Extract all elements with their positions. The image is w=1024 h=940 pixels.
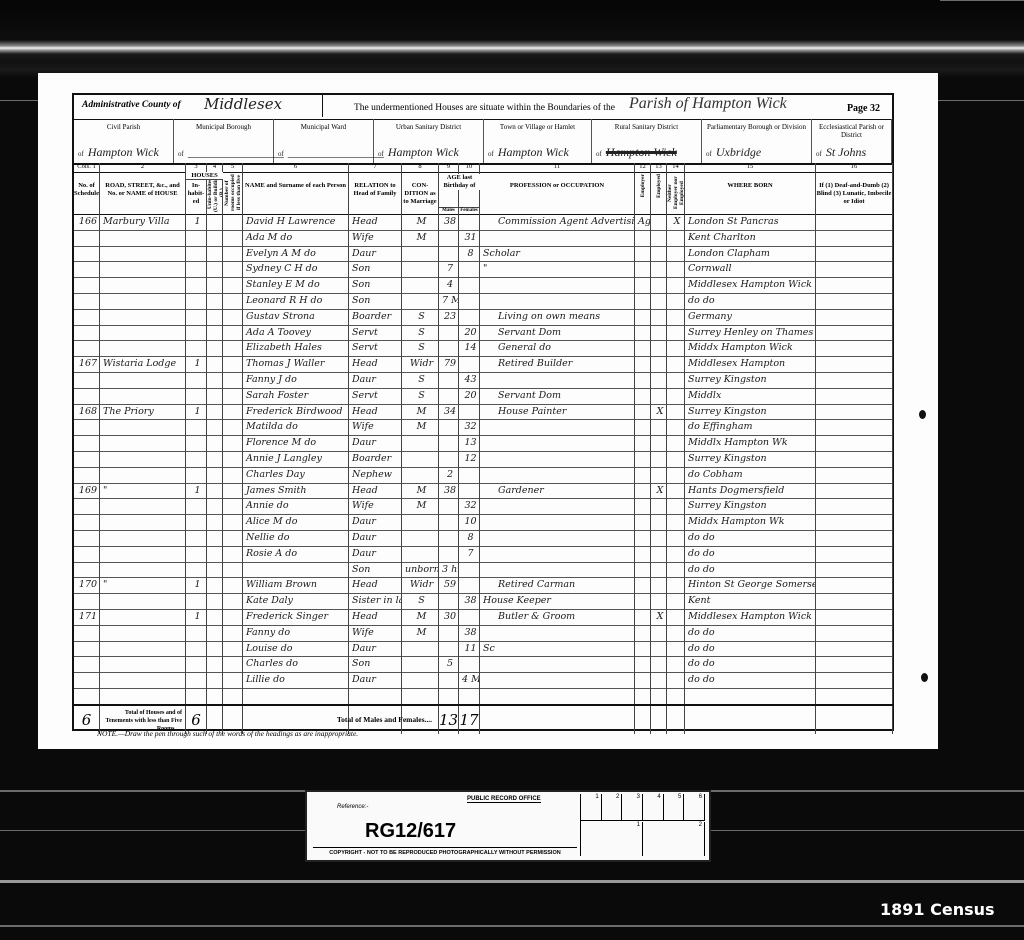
cell-condition: M	[402, 483, 439, 499]
cell-neither	[667, 404, 685, 420]
district-value: of________________	[178, 145, 284, 160]
cell-male-age	[439, 593, 459, 609]
cell-employer	[635, 514, 651, 530]
admin-county-value: Middlesex	[204, 95, 282, 113]
cell-occupation	[480, 230, 635, 246]
cell-born: Kent	[685, 593, 816, 609]
cell-rooms	[223, 214, 243, 230]
district-label: Parliamentary Borough or Division	[702, 119, 811, 131]
cell-condition	[402, 435, 439, 451]
punch-hole	[921, 673, 928, 682]
column-header-name: NAME and Surname of each Person	[243, 172, 349, 214]
cell-inhabited	[186, 293, 207, 309]
cell-name: Thomas J Waller	[243, 356, 349, 372]
cell-relation: Boarder	[349, 309, 402, 325]
cell-condition	[402, 546, 439, 562]
cell-employer	[635, 546, 651, 562]
cell-male-age	[439, 672, 459, 688]
cell-house	[100, 688, 186, 704]
cell-name: Nellie do	[243, 530, 349, 546]
of-prefix: of	[78, 150, 84, 158]
cell-schedule	[74, 230, 100, 246]
cell-inhabited	[186, 562, 207, 578]
cell-infirmity	[816, 372, 893, 388]
cell-neither	[667, 325, 685, 341]
cell-employer	[635, 261, 651, 277]
total-employer	[635, 706, 651, 734]
district-label: Municipal Borough	[174, 119, 273, 131]
cell-relation: Daur	[349, 672, 402, 688]
cell-condition	[402, 641, 439, 657]
cell-condition	[402, 656, 439, 672]
cell-house	[100, 593, 186, 609]
cell-house	[100, 546, 186, 562]
cell-uninhabited	[207, 261, 223, 277]
column-header-text: No. of Schedule	[74, 172, 99, 198]
cell-rooms	[223, 435, 243, 451]
cell-inhabited	[186, 435, 207, 451]
cell-uninhabited	[207, 309, 223, 325]
of-prefix: of	[706, 150, 712, 158]
cell-employed	[651, 451, 667, 467]
cell-rooms	[223, 609, 243, 625]
ruler-cm-mark: 2	[602, 794, 623, 820]
cell-house	[100, 277, 186, 293]
cell-rooms	[223, 641, 243, 657]
cell-rooms	[223, 656, 243, 672]
column-header-occupation: PROFESSION or OCCUPATION	[480, 172, 635, 214]
cell-relation: Son	[349, 277, 402, 293]
total-neither	[667, 706, 685, 734]
cell-schedule	[74, 530, 100, 546]
cell-neither	[667, 372, 685, 388]
table-row: Lillie doDaur4 Modo do	[74, 672, 892, 689]
cell-occupation	[480, 546, 635, 562]
cell-rooms	[223, 261, 243, 277]
cell-employed	[651, 546, 667, 562]
cell-infirmity	[816, 625, 893, 641]
cell-born: Surrey Kingston	[685, 404, 816, 420]
column-header-condition: CON-DITION as to Marriage	[402, 172, 439, 214]
cell-employer	[635, 372, 651, 388]
district-value-text: Hampton Wick	[388, 145, 459, 159]
cell-neither	[667, 246, 685, 262]
cell-employer	[635, 688, 651, 704]
cell-schedule	[74, 514, 100, 530]
cell-schedule	[74, 277, 100, 293]
cell-rooms	[223, 577, 243, 593]
cell-condition	[402, 467, 439, 483]
cell-relation: Daur	[349, 372, 402, 388]
cell-born: do Effingham	[685, 419, 816, 435]
cell-relation: Daur	[349, 530, 402, 546]
cell-name: Fanny J do	[243, 372, 349, 388]
cell-infirmity	[816, 672, 893, 688]
cell-occupation	[480, 688, 635, 704]
cell-born: Middlx	[685, 388, 816, 404]
cell-employed	[651, 293, 667, 309]
cell-uninhabited	[207, 609, 223, 625]
column-number: 10	[459, 163, 480, 172]
cell-condition	[402, 293, 439, 309]
total-infirmity	[816, 706, 893, 734]
cell-born: do Cobham	[685, 467, 816, 483]
cell-female-age	[459, 293, 480, 309]
cell-house	[100, 625, 186, 641]
cell-neither	[667, 514, 685, 530]
cell-neither	[667, 419, 685, 435]
cell-rooms	[223, 293, 243, 309]
cell-male-age	[439, 340, 459, 356]
cell-house	[100, 562, 186, 578]
cell-rooms	[223, 356, 243, 372]
district-cell: Ecclesiastical Parish or DistrictofSt Jo…	[812, 119, 892, 163]
column-number: 7	[349, 163, 402, 172]
table-row: Sonunborn3 hrsdo do	[74, 562, 892, 579]
cell-schedule	[74, 593, 100, 609]
cell-infirmity	[816, 230, 893, 246]
cell-name: Gustav Strona	[243, 309, 349, 325]
cell-name: Charles Day	[243, 467, 349, 483]
district-label: Civil Parish	[74, 119, 173, 131]
cell-female-age	[459, 356, 480, 372]
cell-female-age: 4 Mo	[459, 672, 480, 688]
cell-rooms	[223, 372, 243, 388]
cell-born: Hinton St George Somerset	[685, 577, 816, 593]
cell-employed	[651, 625, 667, 641]
cell-house	[100, 467, 186, 483]
district-row: Civil ParishofHampton WickMunicipal Boro…	[74, 119, 892, 165]
table-row: Sarah FosterServtS20Servant DomMiddlx	[74, 388, 892, 405]
cell-employer	[635, 467, 651, 483]
cell-male-age	[439, 388, 459, 404]
cell-house	[100, 609, 186, 625]
cell-neither	[667, 562, 685, 578]
cell-born: Middx Hampton Wick	[685, 340, 816, 356]
cell-male-age: 23	[439, 309, 459, 325]
cell-uninhabited	[207, 577, 223, 593]
cell-name: Elizabeth Hales	[243, 340, 349, 356]
cell-house	[100, 530, 186, 546]
cell-condition: unborn	[402, 562, 439, 578]
ruler-cm-mark: 4	[643, 794, 664, 820]
cell-relation: Head	[349, 609, 402, 625]
cell-employer	[635, 230, 651, 246]
cell-name: Lillie do	[243, 672, 349, 688]
column-number: 9	[439, 163, 459, 172]
column-number: 5	[223, 163, 243, 172]
cell-female-age: 20	[459, 388, 480, 404]
cell-condition	[402, 451, 439, 467]
cell-employer	[635, 672, 651, 688]
cell-female-age	[459, 688, 480, 704]
cell-relation: Sister in law	[349, 593, 402, 609]
cell-house	[100, 641, 186, 657]
cell-neither	[667, 277, 685, 293]
cell-rooms	[223, 625, 243, 641]
district-value-text: St Johns	[826, 145, 866, 159]
cell-uninhabited	[207, 293, 223, 309]
cell-employed	[651, 246, 667, 262]
cell-female-age: 43	[459, 372, 480, 388]
cell-male-age: 3 hrs	[439, 562, 459, 578]
district-cell: Rural Sanitary DistrictofHampton Wick	[592, 119, 702, 163]
cell-inhabited: 1	[186, 214, 207, 230]
table-row: Rosie A doDaur7do do	[74, 546, 892, 563]
cell-schedule: 170	[74, 577, 100, 593]
cell-condition: M	[402, 498, 439, 514]
cell-inhabited	[186, 641, 207, 657]
cell-female-age: 31	[459, 230, 480, 246]
cell-male-age	[439, 246, 459, 262]
cell-schedule: 171	[74, 609, 100, 625]
cell-infirmity	[816, 261, 893, 277]
cell-female-age	[459, 656, 480, 672]
cell-name: Annie J Langley	[243, 451, 349, 467]
cell-female-age: 14	[459, 340, 480, 356]
cell-employer	[635, 293, 651, 309]
cell-inhabited	[186, 451, 207, 467]
district-cell: Municipal Wardof________________	[274, 119, 374, 163]
cell-male-age	[439, 372, 459, 388]
cell-condition: M	[402, 214, 439, 230]
cell-uninhabited	[207, 467, 223, 483]
cell-employer	[635, 340, 651, 356]
cell-employer	[635, 388, 651, 404]
cell-born: Surrey Kingston	[685, 372, 816, 388]
table-row: Matilda doWifeM32do Effingham	[74, 419, 892, 436]
cell-name: Matilda do	[243, 419, 349, 435]
cell-inhabited	[186, 546, 207, 562]
column-number: 2	[100, 163, 186, 172]
cell-schedule	[74, 467, 100, 483]
reference-card: Reference:- RG12/617 PUBLIC RECORD OFFIC…	[305, 790, 711, 862]
cell-employer	[635, 593, 651, 609]
cell-relation: Head	[349, 356, 402, 372]
cell-rooms	[223, 483, 243, 499]
cell-rooms	[223, 451, 243, 467]
cell-condition	[402, 530, 439, 546]
cell-house	[100, 309, 186, 325]
cell-employed	[651, 656, 667, 672]
cell-infirmity	[816, 451, 893, 467]
cell-occupation: Butler & Groom	[480, 609, 635, 625]
cell-schedule	[74, 246, 100, 262]
cell-employer	[635, 404, 651, 420]
cell-condition	[402, 277, 439, 293]
district-value-text: Hampton Wick	[606, 145, 677, 159]
cell-born: do do	[685, 656, 816, 672]
punch-hole	[919, 410, 926, 419]
cell-house	[100, 230, 186, 246]
cell-occupation: Retired Carman	[480, 577, 635, 593]
cell-house	[100, 672, 186, 688]
district-value: ofUxbridge	[706, 145, 761, 160]
cell-schedule	[74, 688, 100, 704]
cell-neither	[667, 546, 685, 562]
cell-occupation: General do	[480, 340, 635, 356]
cell-uninhabited	[207, 483, 223, 499]
column-header-born: WHERE BORN	[685, 172, 816, 214]
cell-relation: Daur	[349, 641, 402, 657]
cell-name: Louise do	[243, 641, 349, 657]
cell-name: Ada M do	[243, 230, 349, 246]
cell-inhabited	[186, 593, 207, 609]
cell-born: London Clapham	[685, 246, 816, 262]
table-row: 169"1James SmithHeadM38GardenerXHants Do…	[74, 483, 892, 500]
cell-born: Germany	[685, 309, 816, 325]
cell-employer	[635, 498, 651, 514]
scan-stripe	[940, 0, 1024, 1]
cell-condition	[402, 688, 439, 704]
district-value: of________________	[278, 145, 384, 160]
cell-neither	[667, 451, 685, 467]
cell-condition: M	[402, 609, 439, 625]
cell-born: Surrey Henley on Thames	[685, 325, 816, 341]
cell-male-age	[439, 230, 459, 246]
cell-rooms	[223, 467, 243, 483]
cell-female-age: 8	[459, 246, 480, 262]
cell-house: Marbury Villa	[100, 214, 186, 230]
cell-female-age: 8	[459, 530, 480, 546]
column-number: 13	[651, 163, 667, 172]
cell-infirmity	[816, 293, 893, 309]
situate-text: The undermentioned Houses are situate wi…	[354, 103, 615, 113]
cell-occupation	[480, 625, 635, 641]
cell-infirmity	[816, 388, 893, 404]
cell-name: Frederick Singer	[243, 609, 349, 625]
of-prefix: of	[816, 150, 822, 158]
admin-county-box: Administrative County of Middlesex	[74, 95, 323, 117]
houses-header: HOUSES	[186, 172, 223, 180]
cell-schedule: 169	[74, 483, 100, 499]
cell-relation: Son	[349, 656, 402, 672]
table-row: Gustav StronaBoarderS23Living on own mea…	[74, 309, 892, 326]
cell-condition	[402, 261, 439, 277]
cell-occupation	[480, 562, 635, 578]
district-value-text: Hampton Wick	[498, 145, 569, 159]
district-value-text: Hampton Wick	[88, 145, 159, 159]
cell-schedule: 166	[74, 214, 100, 230]
cell-male-age	[439, 641, 459, 657]
cell-schedule: 167	[74, 356, 100, 372]
cell-female-age: 32	[459, 498, 480, 514]
cell-rooms	[223, 546, 243, 562]
cell-condition: S	[402, 388, 439, 404]
cell-neither	[667, 593, 685, 609]
cell-uninhabited	[207, 404, 223, 420]
cell-house	[100, 372, 186, 388]
cell-employer	[635, 246, 651, 262]
of-prefix: of	[378, 150, 384, 158]
cell-house: "	[100, 577, 186, 593]
cell-male-age: 7 Mo	[439, 293, 459, 309]
form-header: Administrative County of Middlesex The u…	[74, 95, 892, 120]
cell-schedule	[74, 419, 100, 435]
cell-schedule	[74, 261, 100, 277]
cell-infirmity	[816, 356, 893, 372]
cell-male-age: 30	[439, 609, 459, 625]
cell-relation: Son	[349, 261, 402, 277]
table-row: 170"1William BrownHeadWidr59Retired Carm…	[74, 577, 892, 594]
cell-female-age	[459, 404, 480, 420]
cell-neither	[667, 356, 685, 372]
cell-male-age	[439, 688, 459, 704]
cell-inhabited	[186, 246, 207, 262]
cell-male-age: 5	[439, 656, 459, 672]
cell-uninhabited	[207, 435, 223, 451]
cell-uninhabited	[207, 214, 223, 230]
cell-neither	[667, 388, 685, 404]
cell-house	[100, 514, 186, 530]
ruler-cm-mark: 1	[581, 794, 602, 820]
cell-house	[100, 325, 186, 341]
table-row: 1711Frederick SingerHeadM30Butler & Groo…	[74, 609, 892, 626]
column-header-rooms: Number of rooms occupied if less than fi…	[223, 172, 243, 214]
cell-neither	[667, 641, 685, 657]
district-cell: Civil ParishofHampton Wick	[74, 119, 174, 163]
cell-infirmity	[816, 483, 893, 499]
form-note: NOTE.—Draw the pen through such of the w…	[97, 729, 358, 738]
cell-inhabited	[186, 514, 207, 530]
cell-employer	[635, 419, 651, 435]
column-header-relation: RELATION to Head of Family	[349, 172, 402, 214]
cell-female-age	[459, 309, 480, 325]
cell-born: Middlx Hampton Wk	[685, 435, 816, 451]
admin-county-label: Administrative County of	[82, 100, 181, 110]
cell-occupation	[480, 451, 635, 467]
cell-schedule	[74, 546, 100, 562]
cell-male-age: 38	[439, 483, 459, 499]
cell-condition: Widr	[402, 577, 439, 593]
cell-house: Wistaria Lodge	[100, 356, 186, 372]
cell-neither	[667, 625, 685, 641]
cell-employer	[635, 641, 651, 657]
cell-rooms	[223, 419, 243, 435]
cell-uninhabited	[207, 530, 223, 546]
cell-infirmity	[816, 214, 893, 230]
cell-uninhabited	[207, 388, 223, 404]
table-row: Annie doWifeM32Surrey Kingston	[74, 498, 892, 515]
cell-inhabited: 1	[186, 483, 207, 499]
cell-inhabited: 1	[186, 356, 207, 372]
cell-name: Kate Daly	[243, 593, 349, 609]
census-year-label: 1891 Census	[880, 900, 995, 919]
cell-employer	[635, 562, 651, 578]
cell-condition: S	[402, 325, 439, 341]
cell-inhabited	[186, 625, 207, 641]
table-row: Elizabeth HalesServtS14General doMiddx H…	[74, 340, 892, 357]
cell-uninhabited	[207, 372, 223, 388]
cell-infirmity	[816, 309, 893, 325]
cell-inhabited	[186, 372, 207, 388]
table-row: Ada A TooveyServtS20Servant DomSurrey He…	[74, 325, 892, 342]
cell-relation: Servt	[349, 325, 402, 341]
cell-rooms	[223, 530, 243, 546]
column-header-text: NAME and Surname of each Person	[243, 172, 348, 190]
column-header-text: Females	[459, 207, 479, 213]
table-row: Charles doSon5do do	[74, 656, 892, 673]
of-prefix: of	[596, 150, 602, 158]
cell-infirmity	[816, 514, 893, 530]
column-number: 6	[243, 163, 349, 172]
cell-female-age: 38	[459, 625, 480, 641]
scale-ruler: 123456 12	[580, 794, 705, 856]
cell-rooms	[223, 277, 243, 293]
column-header-text: If (1) Deaf-and-Dumb (2) Blind (3) Lunat…	[816, 172, 892, 206]
cell-employed	[651, 356, 667, 372]
cell-male-age	[439, 625, 459, 641]
